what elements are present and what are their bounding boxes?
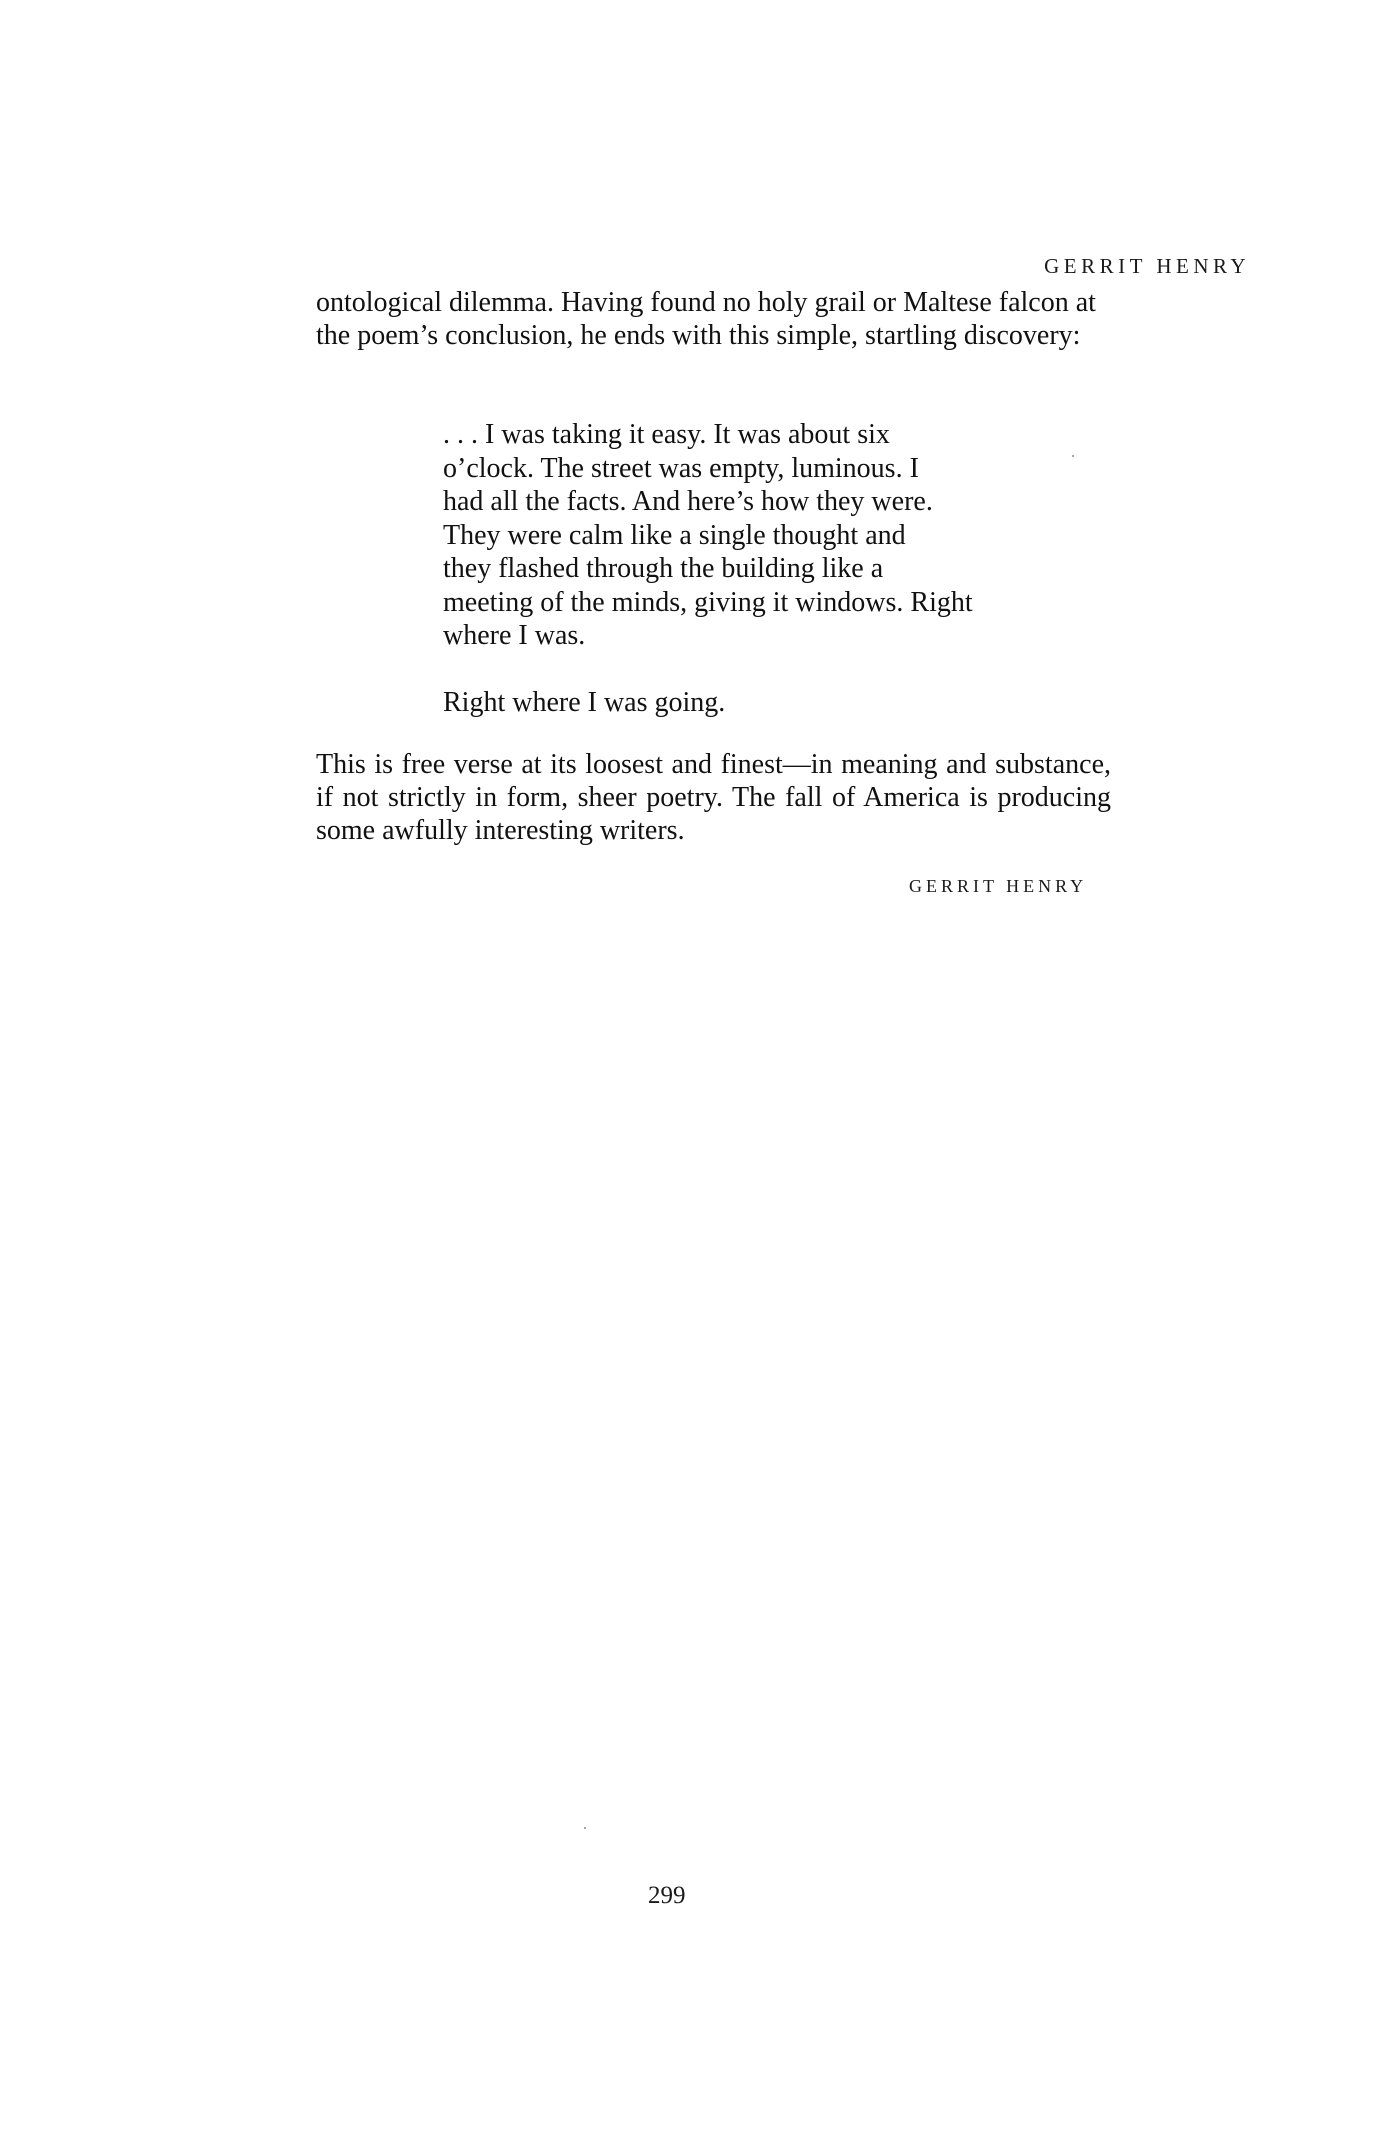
poem-line: they flashed through the building like a	[443, 552, 973, 586]
print-speck	[584, 1827, 586, 1829]
poem-quotation: . . . I was taking it easy. It was about…	[443, 418, 973, 720]
print-speck	[1072, 455, 1074, 457]
poem-line: had all the facts. And here’s how they w…	[443, 485, 973, 519]
page-number: 299	[648, 1882, 686, 1910]
poem-line: meeting of the minds, giving it windows.…	[443, 586, 973, 620]
poem-line: . . . I was taking it easy. It was about…	[443, 418, 973, 452]
opening-paragraph: ontological dilemma. Having found no hol…	[316, 286, 1106, 352]
poem-line: o’clock. The street was empty, luminous.…	[443, 452, 973, 486]
poem-line: They were calm like a single thought and	[443, 519, 973, 553]
stanza-break	[443, 653, 973, 687]
closing-paragraph: This is free verse at its loosest and fi…	[316, 748, 1111, 847]
author-signature: GERRIT HENRY	[909, 876, 1087, 897]
running-head: GERRIT HENRY	[1044, 254, 1250, 279]
poem-line: Right where I was going.	[443, 686, 973, 720]
poem-line: where I was.	[443, 619, 973, 653]
